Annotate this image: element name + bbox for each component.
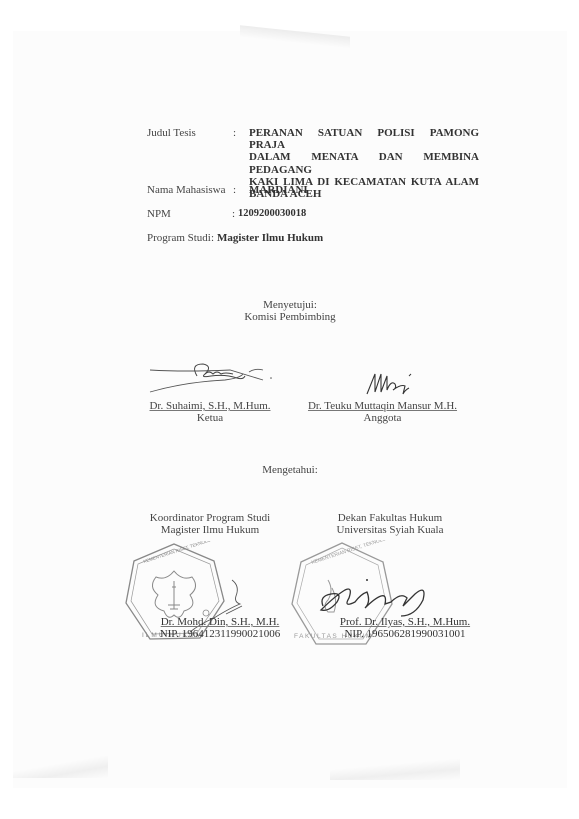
study-program-label: Program Studi (147, 232, 211, 244)
coordinator-program: Magister Ilmu Hukum (130, 524, 290, 536)
coordinator-name: Dr. Mohd. Din, S.H., M.H. (130, 616, 310, 628)
npm-value: 1209200030018 (238, 208, 306, 219)
coordinator-title: Koordinator Program Studi (130, 512, 290, 524)
coordinator-nip: NIP. 196412311990021006 (130, 628, 310, 640)
acknowledgement-heading: Mengetahui: (190, 464, 390, 476)
study-program-value: Magister Ilmu Hukum (217, 232, 323, 244)
approval-heading: Menyetujui: (190, 299, 390, 311)
dean-university: Universitas Syiah Kuala (310, 524, 470, 536)
signature-mark (315, 572, 435, 622)
dean-name: Prof. Dr. Ilyas, S.H., M.Hum. (310, 616, 500, 628)
signature-mark (365, 370, 415, 398)
colon: : (232, 208, 235, 220)
colon: : (211, 232, 214, 244)
dean-nip: NIP. 196506281990031001 (310, 628, 500, 640)
npm-label: NPM (147, 208, 171, 220)
thesis-title-label: Judul Tesis (147, 127, 196, 139)
signature-mark (145, 362, 275, 402)
thesis-title-line: DALAM MENATA DAN MEMBINA PEDAGANG (249, 151, 479, 175)
co-supervisor-name: Dr. Teuku Muttaqin Mansur M.H. (300, 400, 465, 412)
thesis-title-line: PERANAN SATUAN POLISI PAMONG PRAJA (249, 127, 479, 151)
scan-shadow (13, 756, 108, 778)
colon: : (233, 127, 236, 139)
co-supervisor-role: Anggota (300, 412, 465, 424)
student-name-label: Nama Mahasiswa (147, 184, 226, 196)
dean-title: Dekan Fakultas Hukum (310, 512, 470, 524)
supervisor-name: Dr. Suhaimi, S.H., M.Hum. (140, 400, 280, 412)
student-name-value: MARDIANI (249, 184, 308, 196)
approval-subheading: Komisi Pembimbing (190, 311, 390, 323)
colon: : (233, 184, 236, 196)
supervisor-role: Ketua (140, 412, 280, 424)
scan-shadow (330, 755, 460, 780)
